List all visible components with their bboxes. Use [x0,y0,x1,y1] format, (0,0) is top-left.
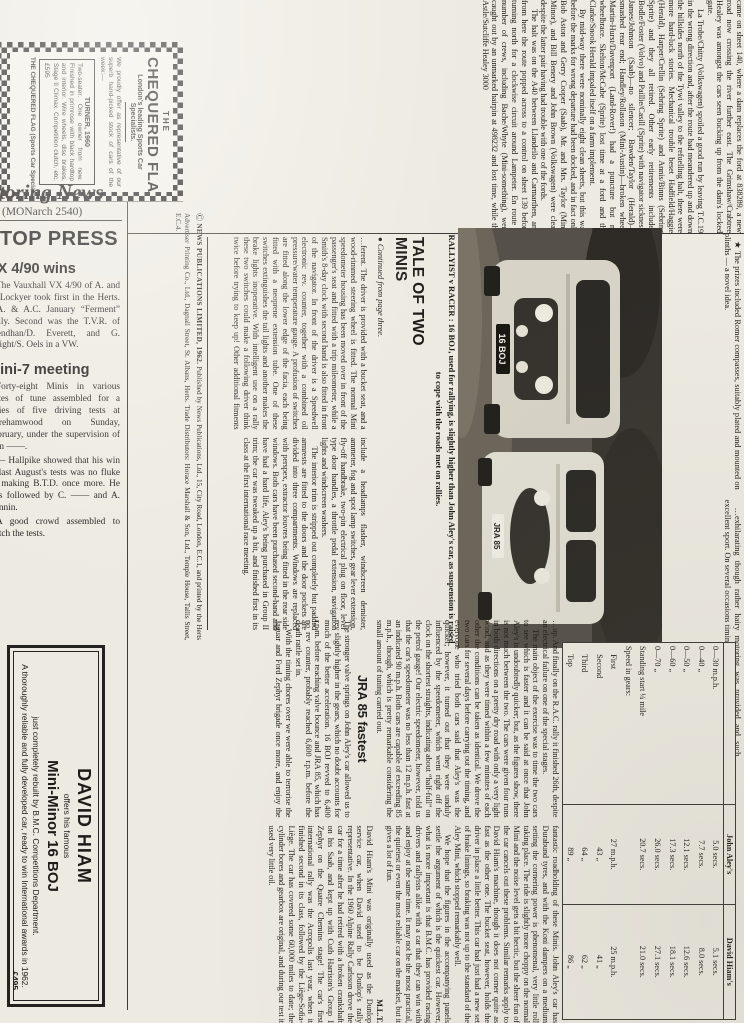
ad-the-label: THE [161,57,170,187]
rally-report-column: came on sheet 140, where a dam replaces … [183,0,744,233]
hiam-ad-price: £495 [13,971,20,990]
paragraph: — Hallpike showed that his win in last A… [0,456,120,515]
comparison-article: …up. And finally on the R.A.C. rally it … [107,620,560,1023]
perf-value: 27 m.p.h. [607,804,622,904]
perf-value: 8.0 secs. [694,904,709,1019]
perf-row-label: 0—70 „ [650,643,665,804]
perf-table-body: 0—30 m.p.h.5.0 secs.5.1 secs.0—40 „7.7 s… [563,643,724,1019]
perf-value [621,904,636,1019]
stop-press-column: STOP PRESS VX 4/90 wins The Vauxhall VX … [0,226,120,543]
paragraph: The main object of the exercise was to t… [374,620,540,818]
perf-row-label: 0—50 „ [679,643,694,804]
continued-note: ● Continued from page three. [368,237,386,409]
perf-row-label: 0—30 m.p.h. [708,643,723,804]
plate-16boj: 16 BOJ [497,333,507,364]
david-hiam-ad: DAVID HIAM offers his famous Mini-Minor … [7,645,105,1007]
divider [0,220,122,221]
car-16boj: 16 BOJ [484,260,620,438]
perf-row: 0—40 „7.7 secs.8.0 secs. [694,643,709,1019]
bullet-icon: ● [376,237,385,244]
continued-text: Continued from page three. [376,244,386,337]
divider [125,102,126,142]
paragraph: The interior trim is stripped out comple… [241,438,319,631]
ad-car-title: TURNER, 1960 [83,63,92,181]
hiam-ad-car: Mini-Minor 16 BOJ [44,662,61,990]
paragraph: ★ The prizes included Romer compasses, s… [722,233,742,490]
jra-85-heading: JRA 85 fastest [355,620,370,818]
paragraph: The Vauxhall VX 4/90 of A. and B. Lockye… [0,281,120,352]
perf-value [621,804,636,904]
paragraph: …up. And finally on the R.A.C. rally it … [540,620,560,818]
perf-row: Third64 „62 „ [578,643,593,1019]
perf-header-aley: John Aley's [724,804,736,904]
mini7-heading: Mini-7 meeting [0,362,120,378]
perf-row: Standing start ¼ mile20.7 secs.21.0 secs… [636,643,651,1019]
paragraph: La Trobe/Chitty (Volkswagen) spoiled a g… [588,0,705,233]
perf-row: Speed in gears: [621,643,636,1019]
ad-tagline: London's leading Sports Car Specialists. [129,57,143,187]
masthead: Motoring News (MONarch 2540) [0,180,130,218]
perf-value: 20.7 secs. [636,804,651,904]
divider [207,237,208,630]
perf-header-blank [724,643,736,804]
performance-table-panel: John Aley's David Hiam's 0—30 m.p.h.5.0 … [562,642,736,1020]
perf-row-label: Top [563,643,578,804]
phone-exchange: (MONarch 2540) [0,206,130,218]
paragraph: The halt was on the A40 between Llandeil… [480,0,539,233]
ad-title: CHEQUERED FLAG [144,57,161,187]
paragraph: came on sheet 140, where a dam replaces … [705,0,744,233]
ad-footer: THE CHEQUERED FLAG (Sports Car Specialis… [29,57,36,187]
perf-row: 0—60 „17.3 secs.18.1 secs. [665,643,680,1019]
perf-value: 64 „ [578,804,593,904]
perf-row: First27 m.p.h.25 m.p.h. [607,643,622,1019]
paragraph: David Hiam's Mini was originally used as… [267,826,375,1023]
hiam-ad-offers: offers his famous [62,662,72,990]
hiam-ad-line1: just completely rebuilt by B.M.C. Compet… [31,662,42,990]
perf-value: 5.1 secs. [708,904,723,1019]
perf-value: 5.0 secs. [708,804,723,904]
hiam-ad-line2: A thoroughly reliable and fully develope… [21,664,31,988]
perf-row-label: Third [578,643,593,804]
imprint-block: © NEWS PUBLICATIONS LIMITED, 1962. Publi… [131,213,205,640]
perf-value: 41 „ [592,904,607,1019]
hiam-ad-name: DAVID HIAM [73,662,94,990]
perf-row: Top89 „86 „ [563,643,578,1019]
perf-row-label: Speed in gears: [621,643,636,804]
perf-value: 7.7 secs. [694,804,709,904]
tale-article-body: …ferent. The driver is provided with a b… [212,237,368,630]
photo-caption: RALLYIST v RACER : 16 BOJ, used for rall… [428,233,458,645]
performance-table: John Aley's David Hiam's 0—30 m.p.h.5.0 … [563,643,735,1019]
perf-row: 0—30 m.p.h.5.0 secs.5.1 secs. [708,643,723,1019]
perf-value: 43 „ [592,804,607,904]
ad-car-listing: TURNER, 1960 Two-seater. One owner from … [39,59,95,185]
paragraph: By mid-way there were nominally eight cl… [539,0,588,233]
paragraph: We hope that the figures in the accompan… [384,826,452,1023]
ad-intro: We proudly offer as representative of ou… [98,57,122,187]
perf-value: 89 „ [563,804,578,904]
publication-title: Motoring News [0,180,130,205]
perf-row-label: First [607,643,622,804]
perf-value: 26.0 secs. [650,804,665,904]
perf-value: 62 „ [578,904,593,1019]
perf-row: 0—70 „26.0 secs.27.1 secs. [650,643,665,1019]
tale-headline: TALE OF TWO MINIS [388,237,426,395]
ad-car-description: Two-seater. One owner from new. Finished… [43,63,83,181]
perf-value: 18.1 secs. [665,904,680,1019]
perf-value: 12.1 secs. [679,804,694,904]
minis-photo-illustration: 16 BOJ JRA 85 [458,228,662,648]
paragraph: Forty-eight Minis in various states of t… [0,382,120,453]
stop-press-heading: STOP PRESS [0,228,120,251]
perf-value: 17.3 secs. [665,804,680,904]
byline-mlt: M.L.T. [374,826,384,1023]
comparison-paras-1: …up. And finally on the R.A.C. rally it … [374,620,560,818]
publisher-name: NEWS PUBLICATIONS LIMITED, 1962. [195,223,203,364]
perf-value: 27.1 secs. [650,904,665,1019]
vx-wins-heading: VX 4/90 wins [0,261,120,277]
perf-row: Second43 „41 „ [592,643,607,1019]
newspaper-page: came on sheet 140, where a dam replaces … [0,0,744,1023]
perf-row: 0—50 „12.1 secs.12.6 secs. [679,643,694,1019]
chequered-flag-ad: THE CHEQUERED FLAG London's leading Spor… [0,42,183,202]
perf-row-label: 0—40 „ [694,643,709,804]
hiam-history-paras: David Hiam's Mini was originally used as… [267,826,375,1023]
car-jra85: JRA 85 [478,452,604,624]
perf-value: 86 „ [563,904,578,1019]
perf-row-label: Standing start ¼ mile [636,643,651,804]
perf-row-label: 0—60 „ [665,643,680,804]
chequered-flag-ad-content: THE CHEQUERED FLAG London's leading Spor… [10,52,173,192]
perf-row-label: Second [592,643,607,804]
plate-jra85: JRA 85 [492,523,501,550]
photo-two-minis: 16 BOJ JRA 85 [458,228,662,648]
perf-header-hiam: David Hiam's [724,904,736,1019]
copyright-icon: © [193,213,205,221]
paragraph: The stronger valve springs on John Aley'… [293,620,352,818]
paragraph: A good crowd assembled to watch the test… [0,517,120,541]
perf-value: 25 m.p.h. [607,904,622,1019]
perf-value: 21.0 secs. [636,904,651,1019]
perf-value: 12.6 secs. [679,904,694,1019]
